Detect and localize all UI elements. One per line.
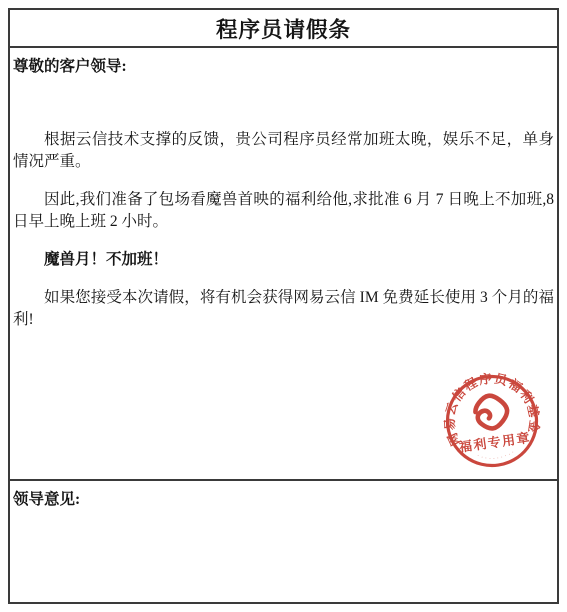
leader-comment-label: 领导意见: — [13, 489, 554, 511]
stamp-micro-text: ·········· — [476, 449, 519, 465]
page-title: 程序员请假条 — [216, 13, 351, 44]
stamp-seal-graphic: 网易云信程序员福利基金 福利专用章 ·········· — [432, 361, 552, 481]
letter-paragraph: 因此,我们准备了包场看魔兽首映的福利给他,求批准 6 月 7 日晚上不加班,8 … — [13, 189, 554, 233]
letter-paragraph: 如果您接受本次请假，将有机会获得网易云信 IM 免费延长使用 3 个月的福利! — [13, 287, 554, 331]
stamp-logo-icon — [470, 391, 512, 433]
letter-paragraph: 根据云信技术支撑的反馈，贵公司程序员经常加班太晚，娱乐不足，单身情况严重。 — [13, 129, 554, 173]
stamp-label: 福利专用章 — [457, 430, 532, 455]
stamp-ring — [442, 371, 543, 472]
stamp-seal: 网易云信程序员福利基金 福利专用章 ·········· — [432, 361, 552, 481]
leader-comment-blank-area — [13, 511, 554, 591]
stamp-ring-text: 网易云信程序员福利基金 — [436, 364, 545, 448]
leave-note-document: 程序员请假条 尊敬的客户领导: 根据云信技术支撑的反馈，贵公司程序员经常加班太晚… — [8, 8, 559, 604]
document-title-bar: 程序员请假条 — [10, 10, 557, 48]
leader-comment-section: 领导意见: — [10, 481, 557, 602]
letter-body: 尊敬的客户领导: 根据云信技术支撑的反馈，贵公司程序员经常加班太晚，娱乐不足，单… — [10, 48, 557, 481]
greeting-line: 尊敬的客户领导: — [13, 56, 554, 78]
letter-paragraph-slogan: 魔兽月！不加班！ — [13, 249, 554, 271]
